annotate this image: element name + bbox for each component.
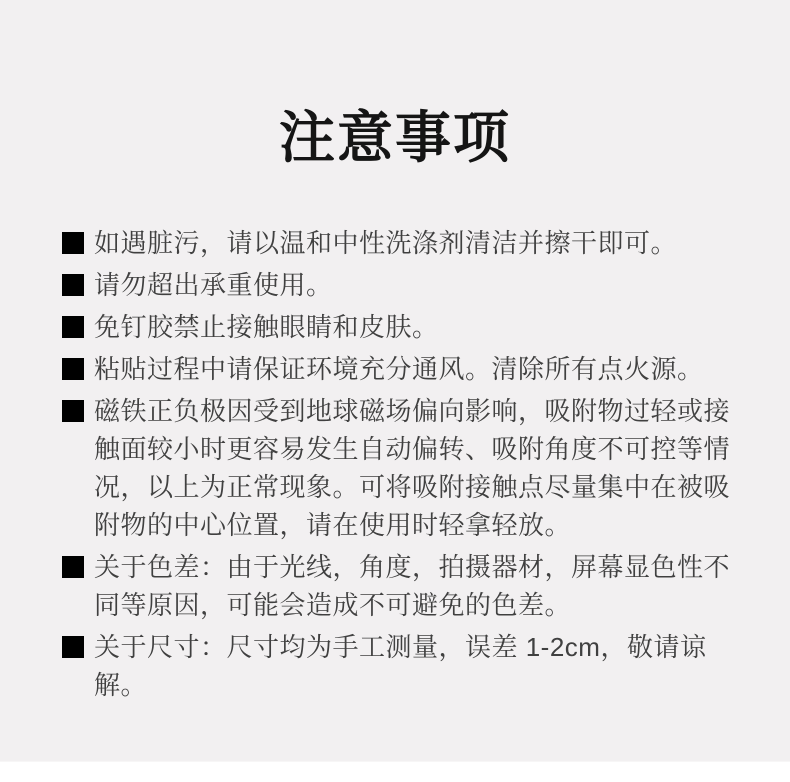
square-bullet-icon <box>62 232 84 254</box>
notice-text: 关于尺寸：尺寸均为手工测量，误差 1-2cm，敬请谅解。 <box>94 628 734 704</box>
notice-text: 如遇脏污，请以温和中性洗涤剂清洁并擦干即可。 <box>94 224 677 262</box>
notice-text: 粘贴过程中请保证环境充分通风。清除所有点火源。 <box>94 350 704 388</box>
precautions-page: 注意事项 如遇脏污，请以温和中性洗涤剂清洁并擦干即可。 请勿超出承重使用。 免钉… <box>0 0 790 782</box>
square-bullet-icon <box>62 400 84 422</box>
notice-text: 关于色差：由于光线，角度，拍摄器材，屏幕显色性不同等原因，可能会造成不可避免的色… <box>94 548 734 624</box>
square-bullet-icon <box>62 358 84 380</box>
notice-item: 如遇脏污，请以温和中性洗涤剂清洁并擦干即可。 <box>62 224 734 262</box>
notice-item: 粘贴过程中请保证环境充分通风。清除所有点火源。 <box>62 350 734 388</box>
notice-item: 免钉胶禁止接触眼睛和皮肤。 <box>62 308 734 346</box>
notice-item: 关于色差：由于光线，角度，拍摄器材，屏幕显色性不同等原因，可能会造成不可避免的色… <box>62 548 734 624</box>
notice-item: 请勿超出承重使用。 <box>62 266 734 304</box>
square-bullet-icon <box>62 556 84 578</box>
notice-item: 关于尺寸：尺寸均为手工测量，误差 1-2cm，敬请谅解。 <box>62 628 734 704</box>
square-bullet-icon <box>62 316 84 338</box>
bottom-strip <box>0 761 790 782</box>
page-title: 注意事项 <box>0 0 790 178</box>
notice-list: 如遇脏污，请以温和中性洗涤剂清洁并擦干即可。 请勿超出承重使用。 免钉胶禁止接触… <box>0 178 790 704</box>
square-bullet-icon <box>62 636 84 658</box>
square-bullet-icon <box>62 274 84 296</box>
notice-item: 磁铁正负极因受到地球磁场偏向影响，吸附物过轻或接触面较小时更容易发生自动偏转、吸… <box>62 392 734 544</box>
notice-text: 免钉胶禁止接触眼睛和皮肤。 <box>94 308 439 346</box>
notice-text: 请勿超出承重使用。 <box>94 266 333 304</box>
notice-text: 磁铁正负极因受到地球磁场偏向影响，吸附物过轻或接触面较小时更容易发生自动偏转、吸… <box>94 392 734 544</box>
